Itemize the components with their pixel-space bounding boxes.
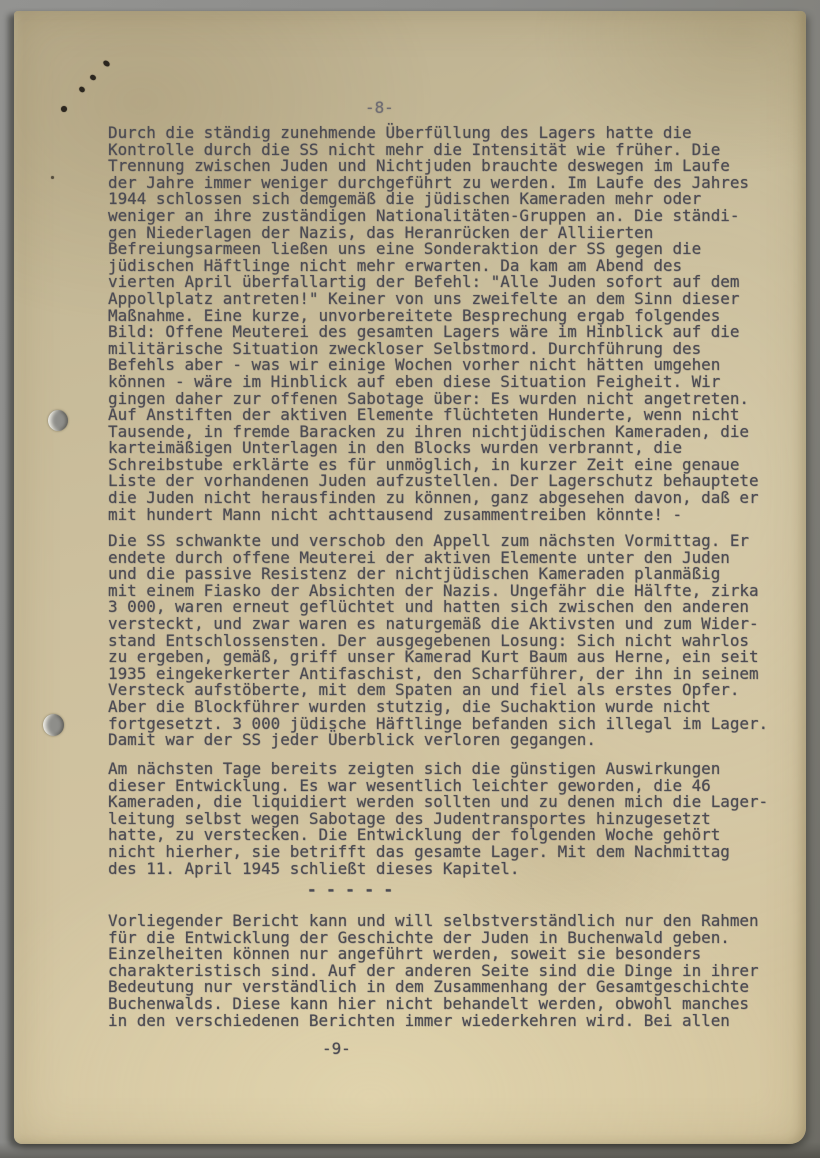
page-number-top: -8- — [365, 100, 394, 117]
paragraph-report-scope: Vorliegender Bericht kann und will selbs… — [108, 913, 759, 1029]
ink-speck — [51, 176, 54, 179]
ink-speck — [102, 59, 111, 67]
paragraph-overcrowding-sabotage: Durch die ständig zunehmende Überfüllung… — [108, 125, 759, 523]
ink-speck — [89, 74, 97, 81]
document-page: -8- Durch die ständig zunehmende Überfül… — [14, 11, 806, 1144]
ink-speck — [61, 106, 67, 112]
paragraph-ss-appell-kurt-baum: Die SS schwankte und verschob den Appell… — [108, 533, 768, 749]
scanner-backdrop: -8- Durch die ständig zunehmende Überfül… — [0, 0, 820, 1158]
paragraph-next-day-april-1945: Am nächsten Tage bereits zeigten sich di… — [108, 761, 768, 877]
punch-hole-top — [48, 410, 68, 431]
section-divider: - - - - - — [307, 882, 393, 899]
ink-speck — [78, 86, 86, 94]
punch-hole-bottom — [43, 714, 64, 736]
page-number-bottom: -9- — [322, 1041, 351, 1058]
